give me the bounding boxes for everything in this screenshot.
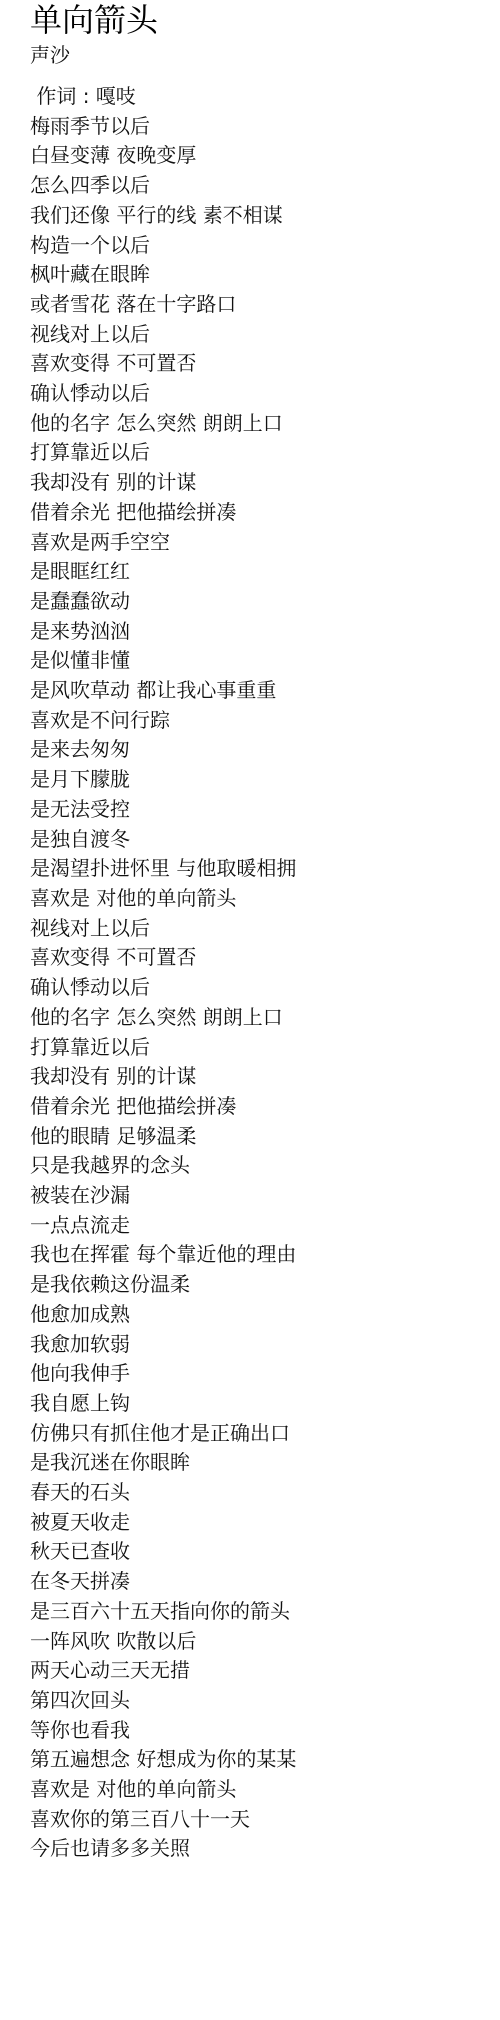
lyric-line: 只是我越界的念头 bbox=[30, 1151, 490, 1181]
lyric-line: 我愈加软弱 bbox=[30, 1330, 490, 1360]
lyric-line: 是眼眶红红 bbox=[30, 557, 490, 587]
lyric-line: 怎么四季以后 bbox=[30, 171, 490, 201]
lyric-line: 一点点流走 bbox=[30, 1211, 490, 1241]
lyric-line: 视线对上以后 bbox=[30, 320, 490, 350]
lyric-line: 一阵风吹 吹散以后 bbox=[30, 1627, 490, 1657]
lyric-line: 视线对上以后 bbox=[30, 914, 490, 944]
lyric-line: 他愈加成熟 bbox=[30, 1300, 490, 1330]
lyric-line: 是来势汹汹 bbox=[30, 617, 490, 647]
lyric-line: 是蠢蠢欲动 bbox=[30, 587, 490, 617]
lyric-line: 被夏天收走 bbox=[30, 1508, 490, 1538]
lyric-line: 白昼变薄 夜晚变厚 bbox=[30, 141, 490, 171]
lyric-line: 喜欢是两手空空 bbox=[30, 528, 490, 558]
lyric-line: 被装在沙漏 bbox=[30, 1181, 490, 1211]
lyric-line: 是三百六十五天指向你的箭头 bbox=[30, 1597, 490, 1627]
lyric-line: 春天的石头 bbox=[30, 1478, 490, 1508]
lyric-line: 喜欢是 对他的单向箭头 bbox=[30, 1775, 490, 1805]
lyric-line: 确认悸动以后 bbox=[30, 379, 490, 409]
lyric-line: 是独自渡冬 bbox=[30, 825, 490, 855]
lyric-line: 他的眼睛 足够温柔 bbox=[30, 1122, 490, 1152]
lyric-line: 确认悸动以后 bbox=[30, 973, 490, 1003]
lyric-line: 两天心动三天无措 bbox=[30, 1656, 490, 1686]
lyric-line: 打算靠近以后 bbox=[30, 1033, 490, 1063]
lyric-line: 我们还像 平行的线 素不相谋 bbox=[30, 201, 490, 231]
lyric-line: 他的名字 怎么突然 朗朗上口 bbox=[30, 409, 490, 439]
lyric-line: 是月下朦胧 bbox=[30, 765, 490, 795]
lyric-line: 等你也看我 bbox=[30, 1716, 490, 1746]
lyric-line: 是无法受控 bbox=[30, 795, 490, 825]
lyric-line: 他向我伸手 bbox=[30, 1359, 490, 1389]
lyric-line: 我也在挥霍 每个靠近他的理由 bbox=[30, 1240, 490, 1270]
lyric-line: 喜欢是不问行踪 bbox=[30, 706, 490, 736]
lyric-line: 第五遍想念 好想成为你的某某 bbox=[30, 1745, 490, 1775]
lyric-line: 他的名字 怎么突然 朗朗上口 bbox=[30, 1003, 490, 1033]
lyric-line: 第四次回头 bbox=[30, 1686, 490, 1716]
lyric-line: 打算靠近以后 bbox=[30, 438, 490, 468]
lyric-line: 是来去匆匆 bbox=[30, 735, 490, 765]
lyric-line: 喜欢是 对他的单向箭头 bbox=[30, 884, 490, 914]
lyric-line: 梅雨季节以后 bbox=[30, 112, 490, 142]
lyric-line: 我却没有 别的计谋 bbox=[30, 1062, 490, 1092]
lyric-line: 借着余光 把他描绘拼凑 bbox=[30, 1092, 490, 1122]
lyric-line: 在冬天拼凑 bbox=[30, 1567, 490, 1597]
lyric-line: 仿佛只有抓住他才是正确出口 bbox=[30, 1419, 490, 1449]
lyric-line: 今后也请多多关照 bbox=[30, 1834, 490, 1864]
lyrics-body: 作词 : 嘎吱梅雨季节以后白昼变薄 夜晚变厚怎么四季以后我们还像 平行的线 素不… bbox=[30, 82, 490, 1864]
song-title: 单向箭头 bbox=[30, 0, 490, 40]
lyric-line: 秋天已查收 bbox=[30, 1537, 490, 1567]
lyric-line: 是渴望扑进怀里 与他取暖相拥 bbox=[30, 854, 490, 884]
lyrics-page: 单向箭头 声沙 作词 : 嘎吱梅雨季节以后白昼变薄 夜晚变厚怎么四季以后我们还像… bbox=[30, 0, 490, 1864]
lyric-line: 我自愿上钩 bbox=[30, 1389, 490, 1419]
lyric-line: 喜欢变得 不可置否 bbox=[30, 943, 490, 973]
lyric-line: 是我依赖这份温柔 bbox=[30, 1270, 490, 1300]
lyric-line: 喜欢你的第三百八十一天 bbox=[30, 1805, 490, 1835]
lyric-line: 是似懂非懂 bbox=[30, 646, 490, 676]
lyric-line: 喜欢变得 不可置否 bbox=[30, 349, 490, 379]
lyric-line: 是我沉迷在你眼眸 bbox=[30, 1448, 490, 1478]
lyric-line: 或者雪花 落在十字路口 bbox=[30, 290, 490, 320]
song-artist: 声沙 bbox=[30, 42, 490, 68]
lyric-line: 借着余光 把他描绘拼凑 bbox=[30, 498, 490, 528]
lyric-line: 构造一个以后 bbox=[30, 231, 490, 261]
lyric-line: 作词 : 嘎吱 bbox=[30, 82, 490, 112]
lyric-line: 是风吹草动 都让我心事重重 bbox=[30, 676, 490, 706]
lyric-line: 我却没有 别的计谋 bbox=[30, 468, 490, 498]
lyric-line: 枫叶藏在眼眸 bbox=[30, 260, 490, 290]
